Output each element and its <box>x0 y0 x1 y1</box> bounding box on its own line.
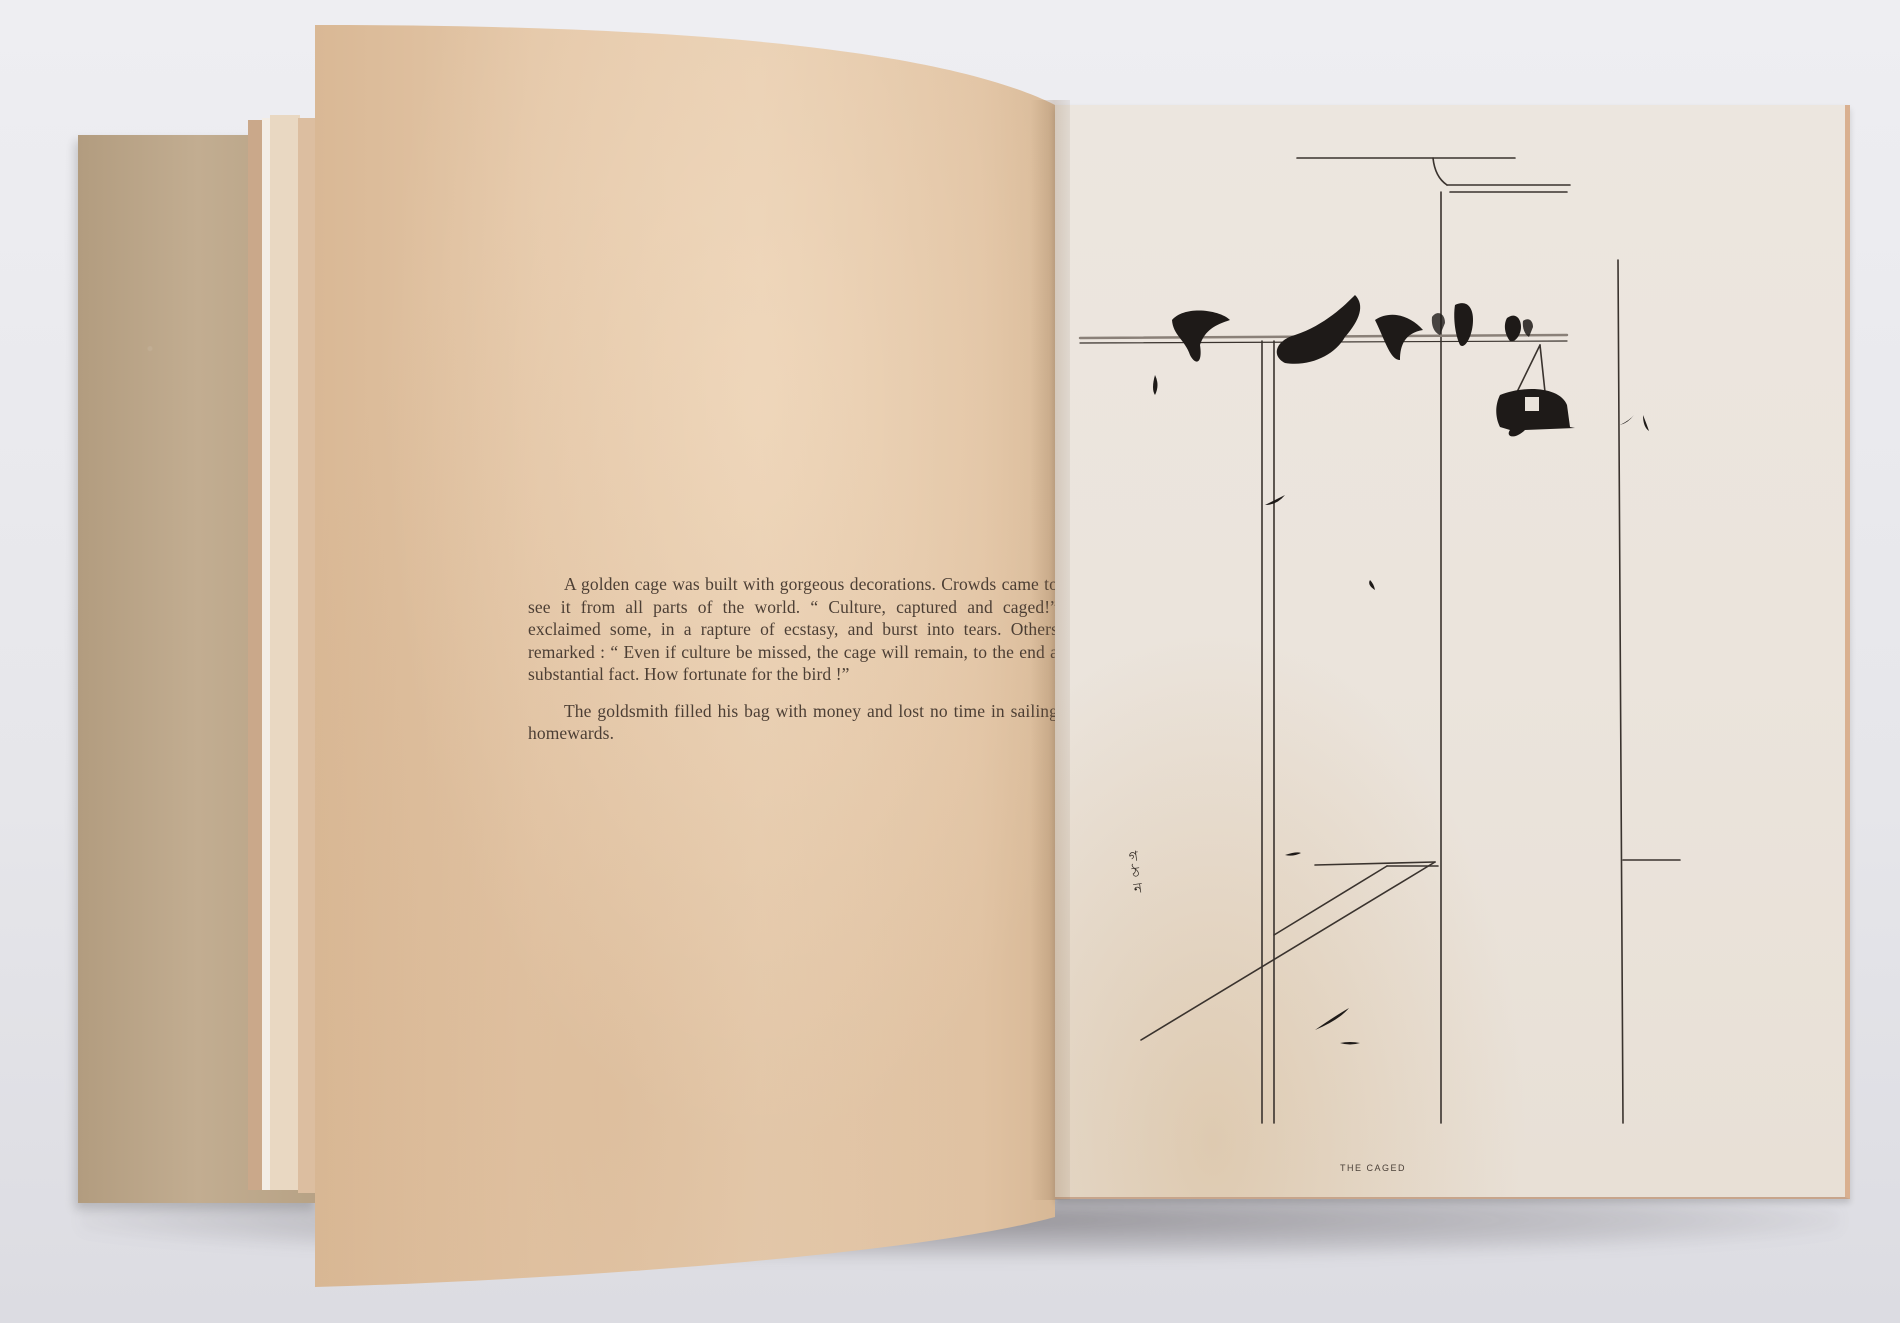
page-edge <box>270 115 300 1190</box>
left-page-text: A golden cage was built with gorgeous de… <box>528 573 1058 759</box>
page-edge <box>262 118 270 1190</box>
paragraph: The goldsmith filled his bag with money … <box>528 700 1058 745</box>
illustration-caption: THE CAGED <box>1340 1163 1406 1173</box>
paragraph: A golden cage was built with gorgeous de… <box>528 573 1058 686</box>
caged-birds-illustration <box>1055 105 1845 1197</box>
